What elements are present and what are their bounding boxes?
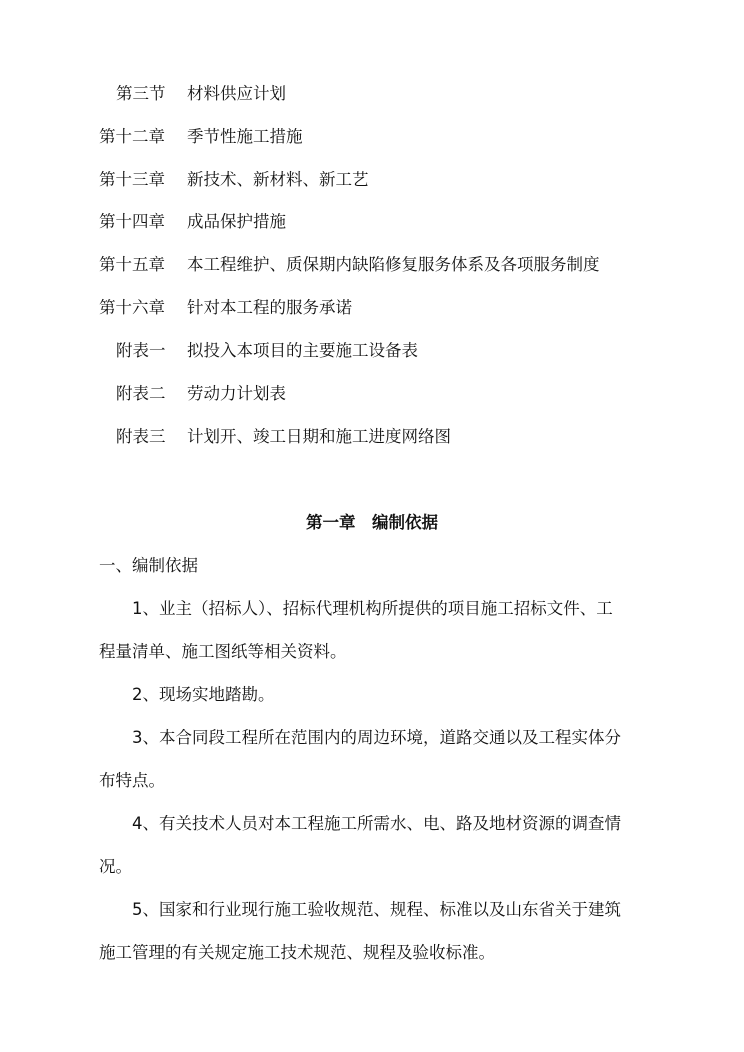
basis-item-line: 3、本合同段工程所在范围内的周边环境，道路交通以及工程实体分 <box>132 727 621 749</box>
toc-title: 季节性施工措施 <box>187 126 303 148</box>
toc-entry: 附表三 计划开、竣工日期和施工进度网络图 <box>99 426 659 448</box>
basis-item-line: 程量清单、施工图纸等相关资料。 <box>99 641 347 663</box>
toc-title: 材料供应计划 <box>187 83 286 105</box>
toc-entry: 第十六章 针对本工程的服务承诺 <box>99 297 659 319</box>
toc-entry: 第十五章 本工程维护、质保期内缺陷修复服务体系及各项服务制度 <box>99 254 659 276</box>
chapter-heading: 第一章 编制依据 <box>0 512 744 534</box>
toc-number: 第十三章 <box>99 169 165 191</box>
toc-title: 本工程维护、质保期内缺陷修复服务体系及各项服务制度 <box>187 254 600 276</box>
basis-item-line: 4、有关技术人员对本工程施工所需水、电、路及地材资源的调查情 <box>132 813 621 835</box>
basis-item-line: 布特点。 <box>99 770 165 792</box>
toc-entry: 第十二章 季节性施工措施 <box>99 126 659 148</box>
basis-item-line: 1、业主（招标人）、招标代理机构所提供的项目施工招标文件、工 <box>132 598 613 620</box>
toc-title: 成品保护措施 <box>187 211 286 233</box>
toc-number: 附表一 <box>116 340 166 362</box>
toc-number: 第十六章 <box>99 297 165 319</box>
toc-entry: 第三节 材料供应计划 <box>99 83 659 105</box>
toc-number: 第十五章 <box>99 254 165 276</box>
toc-entry: 附表二 劳动力计划表 <box>99 383 659 405</box>
toc-number: 第十二章 <box>99 126 165 148</box>
basis-item-line: 施工管理的有关规定施工技术规范、规程及验收标准。 <box>99 942 495 964</box>
toc-title: 拟投入本项目的主要施工设备表 <box>187 340 418 362</box>
toc-entry: 第十四章 成品保护措施 <box>99 211 659 233</box>
toc-number: 附表三 <box>116 426 166 448</box>
toc-title: 计划开、竣工日期和施工进度网络图 <box>187 426 451 448</box>
toc-number: 第十四章 <box>99 211 165 233</box>
section-heading: 一、编制依据 <box>99 555 198 577</box>
toc-entry: 第十三章 新技术、新材料、新工艺 <box>99 169 659 191</box>
basis-item-line: 5、国家和行业现行施工验收规范、规程、标准以及山东省关于建筑 <box>132 899 621 921</box>
toc-title: 劳动力计划表 <box>187 383 286 405</box>
toc-title: 针对本工程的服务承诺 <box>187 297 352 319</box>
toc-number: 第三节 <box>116 83 166 105</box>
basis-item-line: 况。 <box>99 856 132 878</box>
toc-number: 附表二 <box>116 383 166 405</box>
toc-entry: 附表一 拟投入本项目的主要施工设备表 <box>99 340 659 362</box>
basis-item-line: 2、现场实地踏勘。 <box>132 684 275 706</box>
toc-title: 新技术、新材料、新工艺 <box>187 169 369 191</box>
